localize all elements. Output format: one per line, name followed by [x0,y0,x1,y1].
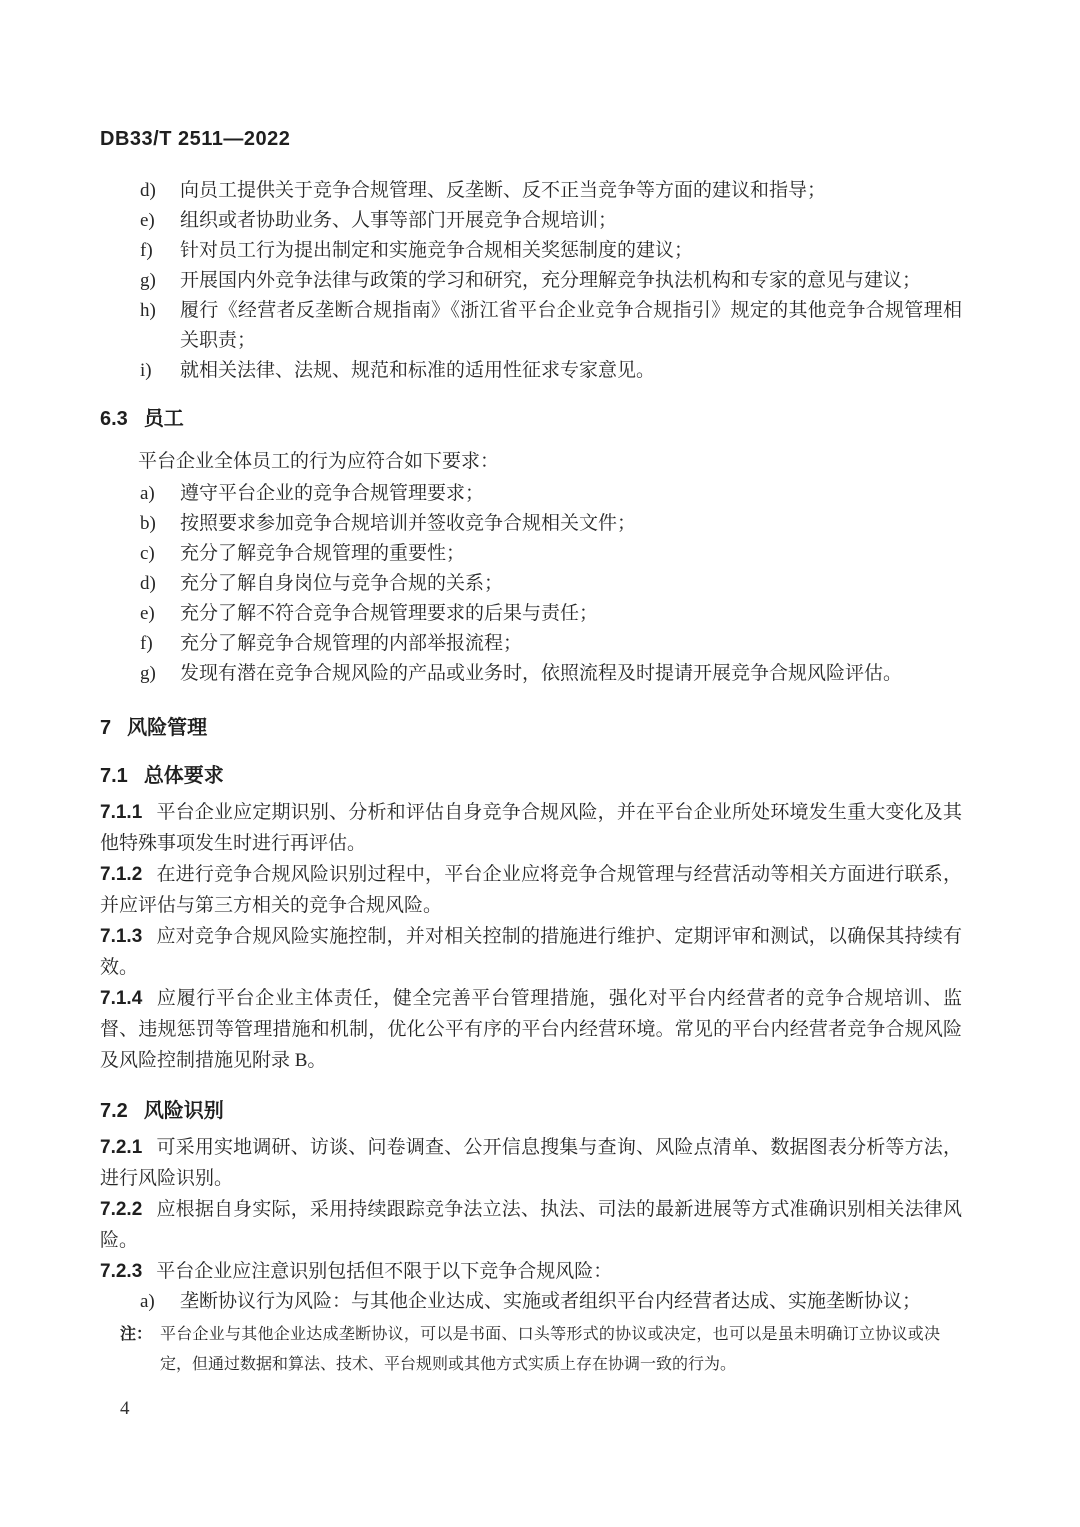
list-item-label: h) [140,296,180,356]
section-title: 员工 [144,408,184,430]
clause-paragraph: 7.2.1可采用实地调研、访谈、问卷调查、公开信息搜集与查询、风险点清单、数据图… [100,1132,962,1194]
list-item-label: f) [140,629,180,659]
clause-number: 7.2.3 [100,1261,142,1282]
list-item-label: e) [140,599,180,629]
list-item-text: 充分了解竞争合规管理的重要性； [180,539,962,569]
paragraph-6-3-intro: 平台企业全体员工的行为应符合如下要求： [100,446,962,477]
list-item: a) 垄断协议行为风险：与其他企业达成、实施或者组织平台内经营者达成、实施垄断协… [100,1287,962,1317]
list-item-text: 充分了解不符合竞争合规管理要求的后果与责任； [180,599,962,629]
clause-text: 平台企业应注意识别包括但不限于以下竞争合规风险： [156,1261,612,1282]
list-item: e) 组织或者协助业务、人事等部门开展竞争合规培训； [100,206,962,236]
clause-number: 7.1.4 [100,988,142,1009]
clause-text: 可采用实地调研、访谈、问卷调查、公开信息搜集与查询、风险点清单、数据图表分析等方… [100,1137,962,1189]
list-item-text: 充分了解自身岗位与竞争合规的关系； [180,569,962,599]
list-item: g) 开展国内外竞争法律与政策的学习和研究，充分理解竞争执法机构和专家的意见与建… [100,266,962,296]
list-item: f) 充分了解竞争合规管理的内部举报流程； [100,629,962,659]
section-title: 风险识别 [144,1100,224,1122]
clause-paragraph: 7.1.3应对竞争合规风险实施控制，并对相关控制的措施进行维护、定期评审和测试，… [100,921,962,983]
list-item-label: d) [140,176,180,206]
section-number: 7.1 [100,765,128,787]
list-item-text: 履行《经营者反垄断合规指南》《浙江省平台企业竞争合规指引》规定的其他竞争合规管理… [180,296,962,356]
clause-text: 在进行竞争合规风险识别过程中，平台企业应将竞争合规管理与经营活动等相关方面进行联… [100,864,962,916]
list-item-text: 垄断协议行为风险：与其他企业达成、实施或者组织平台内经营者达成、实施垄断协议； [180,1287,962,1317]
clause-number: 7.1.1 [100,802,142,823]
list-item: g) 发现有潜在竞争合规风险的产品或业务时，依照流程及时提请开展竞争合规风险评估… [100,659,962,689]
chapter-number: 7 [100,717,111,739]
list-clause-6-3: a) 遵守平台企业的竞争合规管理要求； b) 按照要求参加竞争合规培训并签收竞争… [100,479,962,689]
clause-paragraph: 7.2.2应根据自身实际，采用持续跟踪竞争法立法、执法、司法的最新进展等方式准确… [100,1194,962,1256]
clause-paragraph: 7.1.2在进行竞争合规风险识别过程中，平台企业应将竞争合规管理与经营活动等相关… [100,859,962,921]
list-item: i) 就相关法律、法规、规范和标准的适用性征求专家意见。 [100,356,962,386]
chapter-title: 风险管理 [127,717,207,739]
clause-paragraph: 7.2.3平台企业应注意识别包括但不限于以下竞争合规风险： [100,1256,962,1287]
clause-number: 7.2.1 [100,1137,142,1158]
clauses-7-1: 7.1.1平台企业应定期识别、分析和评估自身竞争合规风险，并在平台企业所处环境发… [100,797,962,1076]
clauses-7-2: 7.2.1可采用实地调研、访谈、问卷调查、公开信息搜集与查询、风险点清单、数据图… [100,1132,962,1287]
clause-paragraph: 7.1.4应履行平台企业主体责任，健全完善平台管理措施，强化对平台内经营者的竞争… [100,983,962,1076]
clause-text: 应履行平台企业主体责任，健全完善平台管理措施，强化对平台内经营者的竞争合规培训、… [100,988,962,1071]
list-item-text: 充分了解竞争合规管理的内部举报流程； [180,629,962,659]
clause-number: 7.2.2 [100,1199,142,1220]
clause-text: 平台企业应定期识别、分析和评估自身竞争合规风险，并在平台企业所处环境发生重大变化… [100,802,962,854]
list-item: d) 向员工提供关于竞争合规管理、反垄断、反不正当竞争等方面的建议和指导； [100,176,962,206]
list-item: a) 遵守平台企业的竞争合规管理要求； [100,479,962,509]
list-item-text: 针对员工行为提出制定和实施竞争合规相关奖惩制度的建议； [180,236,962,266]
list-item-text: 遵守平台企业的竞争合规管理要求； [180,479,962,509]
list-item: c) 充分了解竞争合规管理的重要性； [100,539,962,569]
list-item-label: f) [140,236,180,266]
note-text: 平台企业与其他企业达成垄断协议，可以是书面、口头等形式的协议或决定，也可以是虽未… [160,1320,940,1380]
clause-number: 7.1.2 [100,864,142,885]
list-item: f) 针对员工行为提出制定和实施竞争合规相关奖惩制度的建议； [100,236,962,266]
section-title: 总体要求 [144,765,224,787]
list-clause-6-2: d) 向员工提供关于竞争合规管理、反垄断、反不正当竞争等方面的建议和指导； e)… [100,176,962,386]
clause-text: 应根据自身实际，采用持续跟踪竞争法立法、执法、司法的最新进展等方式准确识别相关法… [100,1199,962,1251]
list-item-label: d) [140,569,180,599]
clause-number: 7.1.3 [100,926,142,947]
section-heading-7-1: 7.1总体要求 [100,763,962,789]
list-clause-7-2-3: a) 垄断协议行为风险：与其他企业达成、实施或者组织平台内经营者达成、实施垄断协… [100,1287,962,1317]
note-label: 注： [120,1320,152,1380]
list-item-text: 按照要求参加竞争合规培训并签收竞争合规相关文件； [180,509,962,539]
list-item: d) 充分了解自身岗位与竞争合规的关系； [100,569,962,599]
list-item-text: 就相关法律、法规、规范和标准的适用性征求专家意见。 [180,356,962,386]
list-item-label: a) [140,1287,180,1317]
list-item-label: c) [140,539,180,569]
list-item: b) 按照要求参加竞争合规培训并签收竞争合规相关文件； [100,509,962,539]
list-item-label: i) [140,356,180,386]
note-block: 注： 平台企业与其他企业达成垄断协议，可以是书面、口头等形式的协议或决定，也可以… [100,1320,962,1380]
list-item-text: 开展国内外竞争法律与政策的学习和研究，充分理解竞争执法机构和专家的意见与建议； [180,266,962,296]
list-item-text: 向员工提供关于竞争合规管理、反垄断、反不正当竞争等方面的建议和指导； [180,176,962,206]
list-item-text: 发现有潜在竞争合规风险的产品或业务时，依照流程及时提请开展竞争合规风险评估。 [180,659,962,689]
list-item-label: a) [140,479,180,509]
page-number: 4 [120,1398,130,1420]
list-item-label: g) [140,659,180,689]
list-item-label: b) [140,509,180,539]
section-number: 7.2 [100,1100,128,1122]
document-content: d) 向员工提供关于竞争合规管理、反垄断、反不正当竞争等方面的建议和指导； e)… [100,176,962,1380]
chapter-heading-7: 7风险管理 [100,715,962,741]
document-page: DB33/T 2511—2022 d) 向员工提供关于竞争合规管理、反垄断、反不… [0,0,1080,1527]
clause-paragraph: 7.1.1平台企业应定期识别、分析和评估自身竞争合规风险，并在平台企业所处环境发… [100,797,962,859]
section-number: 6.3 [100,408,128,430]
list-item-label: e) [140,206,180,236]
standard-number-header: DB33/T 2511—2022 [100,128,290,151]
section-heading-7-2: 7.2风险识别 [100,1098,962,1124]
list-item: e) 充分了解不符合竞争合规管理要求的后果与责任； [100,599,962,629]
list-item-text: 组织或者协助业务、人事等部门开展竞争合规培训； [180,206,962,236]
section-heading-6-3: 6.3员工 [100,406,962,432]
list-item-label: g) [140,266,180,296]
list-item: h) 履行《经营者反垄断合规指南》《浙江省平台企业竞争合规指引》规定的其他竞争合… [100,296,962,356]
clause-text: 应对竞争合规风险实施控制，并对相关控制的措施进行维护、定期评审和测试，以确保其持… [100,926,962,978]
